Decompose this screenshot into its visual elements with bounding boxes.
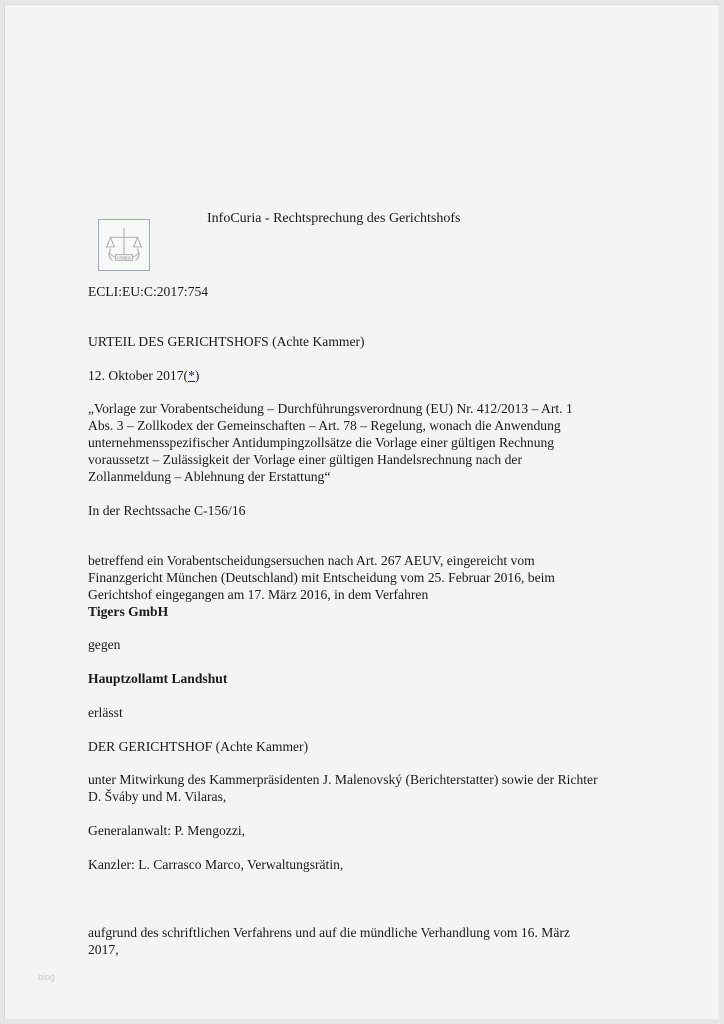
issues-text: erlässt	[88, 704, 123, 721]
judgment-date: 12. Oktober 2017(*)	[88, 367, 199, 384]
reference-line: betreffend ein Vorabentscheidungsersuche…	[88, 552, 555, 569]
procedure-line: 2017,	[88, 941, 570, 958]
composition-line: D. Šváby und M. Vilaras,	[88, 788, 598, 805]
svg-text:CVRIA: CVRIA	[117, 255, 131, 260]
date-text: 12. Oktober 2017(	[88, 368, 188, 383]
composition-line: unter Mitwirkung des Kammerpräsidenten J…	[88, 771, 598, 788]
judgment-title: URTEIL DES GERICHTSHOFS (Achte Kammer)	[88, 333, 365, 350]
reference-line: Gerichtshof eingegangen am 17. März 2016…	[88, 586, 555, 603]
court-emblem-logo: CVRIA	[98, 219, 150, 271]
footnote-link[interactable]: *	[188, 368, 195, 383]
keywords-line: Abs. 3 – Zollkodex der Gemeinschaften – …	[88, 417, 573, 434]
ecli-identifier: ECLI:EU:C:2017:754	[88, 283, 208, 300]
procedure-line: aufgrund des schriftlichen Verfahrens un…	[88, 924, 570, 941]
advocate-general: Generalanwalt: P. Mengozzi,	[88, 822, 245, 839]
party-applicant: Tigers GmbH	[88, 603, 168, 620]
reference-block: betreffend ein Vorabentscheidungsersuche…	[88, 552, 555, 603]
keywords-line: voraussetzt – Zulässigkeit der Vorlage e…	[88, 451, 573, 468]
keywords-line: „Vorlage zur Vorabentscheidung – Durchfü…	[88, 400, 573, 417]
court-name: DER GERICHTSHOF (Achte Kammer)	[88, 738, 308, 755]
party-defendant: Hauptzollamt Landshut	[88, 670, 227, 687]
composition-block: unter Mitwirkung des Kammerpräsidenten J…	[88, 771, 598, 805]
reference-line: Finanzgericht München (Deutschland) mit …	[88, 569, 555, 586]
date-close: )	[195, 368, 200, 383]
case-number: In der Rechtssache C-156/16	[88, 502, 245, 519]
watermark: blog	[38, 972, 55, 982]
registrar: Kanzler: L. Carrasco Marco, Verwaltungsr…	[88, 856, 343, 873]
keywords-line: Zollanmeldung – Ablehnung der Erstattung…	[88, 468, 573, 485]
keywords-line: unternehmensspezifischer Antidumpingzoll…	[88, 434, 573, 451]
page-header-title: InfoCuria - Rechtsprechung des Gerichtsh…	[207, 210, 460, 227]
keywords-block: „Vorlage zur Vorabentscheidung – Durchfü…	[88, 400, 573, 485]
procedure-block: aufgrund des schriftlichen Verfahrens un…	[88, 924, 570, 958]
scales-of-justice-icon: CVRIA	[99, 220, 149, 270]
versus-text: gegen	[88, 636, 120, 653]
